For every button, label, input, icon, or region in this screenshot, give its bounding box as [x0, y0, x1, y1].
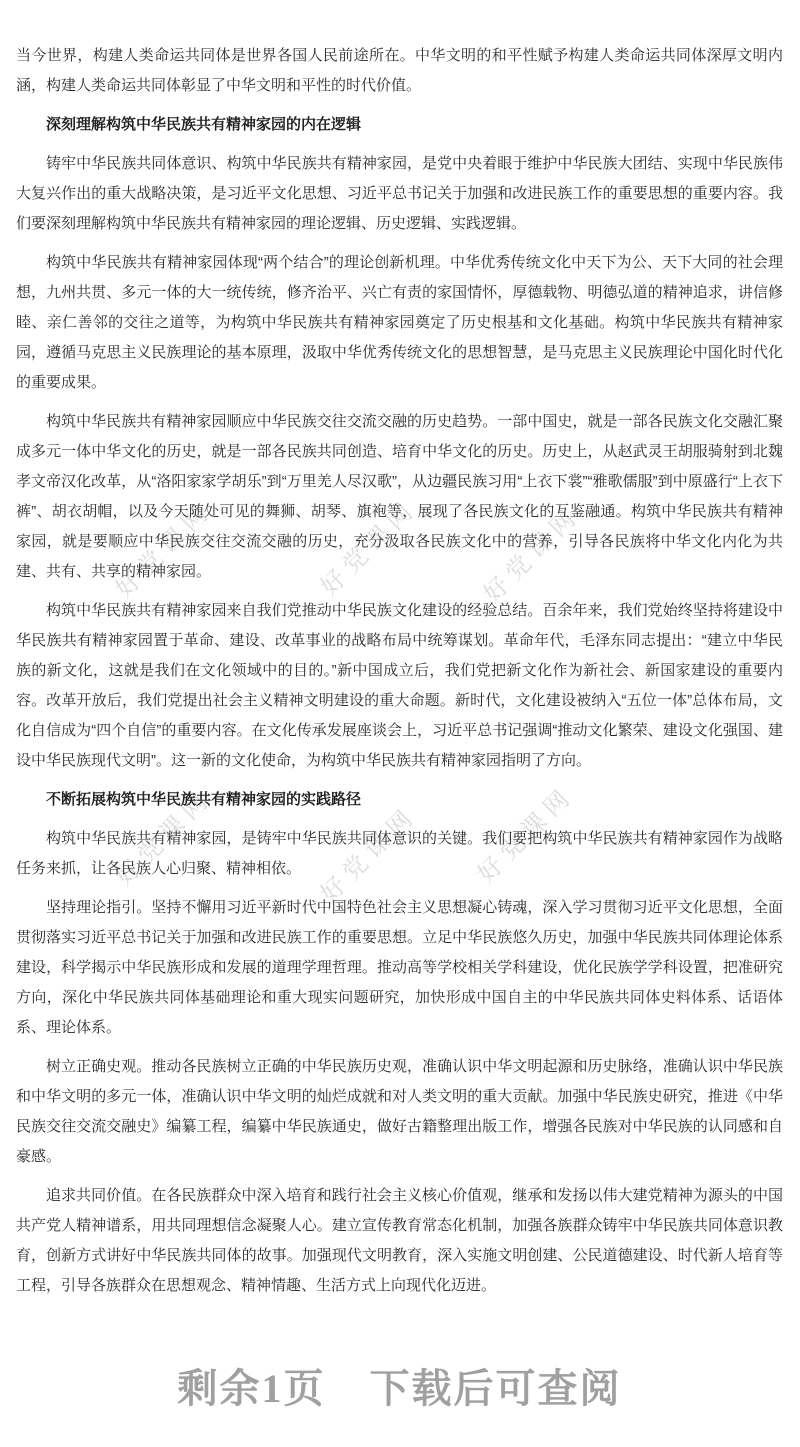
paragraph: 构筑中华民族共有精神家园顺应中华民族交往交流交融的历史趋势。一部中国史，就是一部…	[16, 407, 783, 587]
document-page: 好党课网 好党课网 好党课网 好党课网 好党课网 好党课网 当今世界，构建人类命…	[0, 0, 800, 1447]
paragraph: 构筑中华民族共有精神家园来自我们党推动中华民族文化建设的经验总结。百余年来，我们…	[16, 596, 783, 776]
paragraph: 坚持理论指引。坚持不懈用习近平新时代中国特色社会主义思想凝心铸魂，深入学习贯彻习…	[16, 893, 783, 1043]
remaining-pages-label: 剩余1页	[178, 1366, 326, 1411]
section-heading: 不断拓展构筑中华民族共有精神家园的实践路径	[16, 785, 783, 815]
paragraph: 铸牢中华民族共同体意识、构筑中华民族共有精神家园，是党中央着眼于维护中华民族大团…	[16, 149, 783, 239]
paragraph: 构筑中华民族共有精神家园，是铸牢中华民族共同体意识的关键。我们要把构筑中华民族共…	[16, 824, 783, 884]
paragraph: 树立正确史观。推动各民族树立正确的中华民族历史观，准确认识中华文明起源和历史脉络…	[16, 1052, 783, 1172]
section-heading: 深刻理解构筑中华民族共有精神家园的内在逻辑	[16, 110, 783, 140]
paragraph: 构筑中华民族共有精神家园体现“两个结合”的理论创新机理。中华优秀传统文化中天下为…	[16, 248, 783, 398]
document-body: 当今世界，构建人类命运共同体是世界各国人民前途所在。中华文明的和平性赋予构建人类…	[16, 41, 783, 1301]
preview-footer: 剩余1页下载后可查阅	[16, 1363, 783, 1415]
download-hint-label: 下载后可查阅	[370, 1366, 622, 1411]
paragraph: 追求共同价值。在各民族群众中深入培育和践行社会主义核心价值观，继承和发扬以伟大建…	[16, 1181, 783, 1301]
paragraph: 当今世界，构建人类命运共同体是世界各国人民前途所在。中华文明的和平性赋予构建人类…	[16, 41, 783, 101]
